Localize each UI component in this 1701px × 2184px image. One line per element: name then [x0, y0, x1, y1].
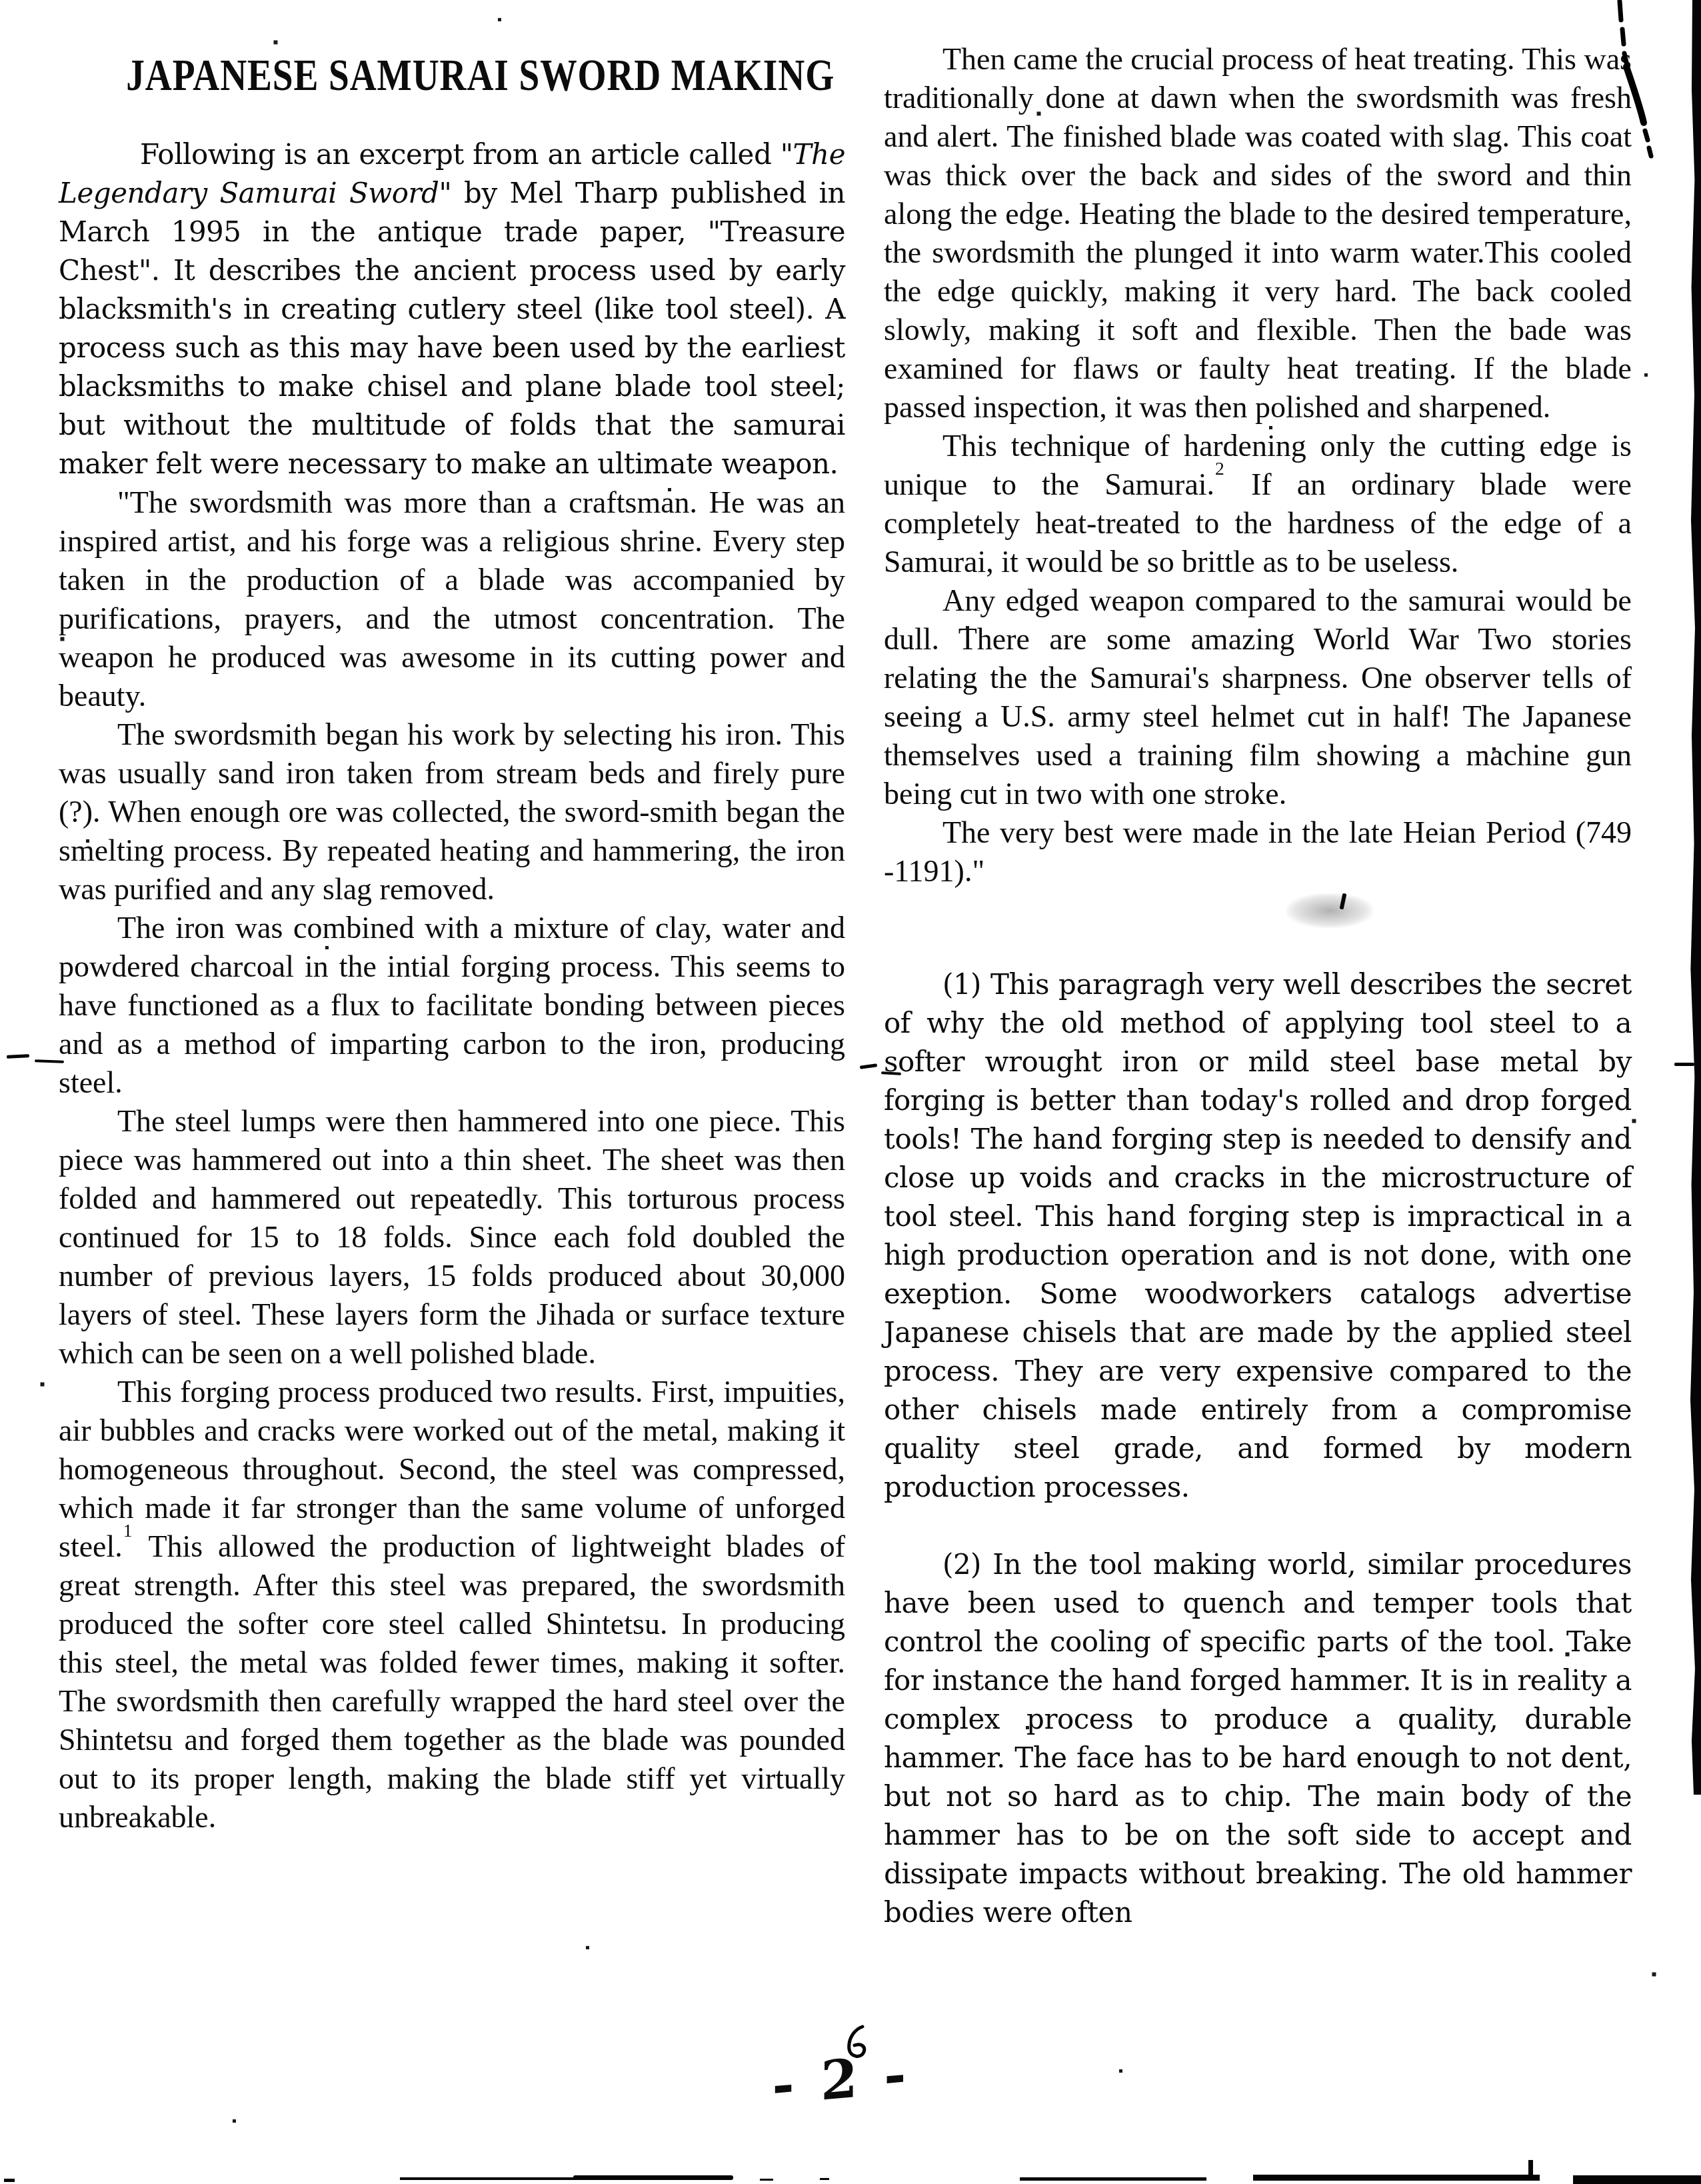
scan-bottom-artifact — [1020, 2177, 1206, 2181]
margin-dash-mark — [7, 1054, 29, 1059]
page-number-handwritten: - 2 - — [772, 2042, 910, 2117]
excerpt-paragraph-heian-period: The very best were made in the late Heia… — [884, 813, 1632, 891]
smudge-mark — [1286, 893, 1373, 928]
scan-bottom-artifact — [820, 2178, 829, 2180]
excerpt-paragraph-craftsman: "The swordsmith was more than a craftsma… — [59, 483, 845, 715]
scan-edge-bar — [1688, 0, 1701, 1795]
margin-dash-mark — [1674, 1063, 1694, 1066]
footnote-ref-2: 2 — [1215, 458, 1224, 479]
intro-paragraph: Following is an excerpt from an article … — [59, 135, 845, 483]
scan-bottom-artifact — [1573, 2175, 1701, 2184]
excerpt-paragraph-heat-treating: Then came the crucial process of heat tr… — [884, 40, 1632, 427]
scan-bottom-artifact — [1528, 2160, 1533, 2177]
excerpt-paragraph-forging-results: This forging process produced two result… — [59, 1373, 845, 1837]
excerpt-paragraph-clay-mixture: The iron was combined with a mixture of … — [59, 909, 845, 1102]
scan-bottom-artifact — [760, 2179, 773, 2181]
scan-bottom-artifact — [4, 2179, 15, 2182]
scan-bottom-artifact — [400, 2177, 600, 2180]
forging-results-text-continued: This allowed the production of lightweig… — [59, 1529, 845, 1834]
intro-text-before: Following is an excerpt from an article … — [140, 138, 793, 171]
excerpt-paragraph-hardening: This technique of hardening only the cut… — [884, 427, 1632, 581]
margin-dash-mark — [35, 1059, 64, 1063]
editor-note-1: (1) This paragragh very well describes t… — [884, 965, 1632, 1507]
scan-bottom-artifact — [573, 2175, 733, 2180]
article-title-text: JAPANESE SAMURAI SWORD MAKING — [126, 51, 835, 100]
intro-text-after: " by Mel Tharp published in March 1995 i… — [59, 177, 845, 480]
editor-note-2: (2) In the tool making world, similar pr… — [884, 1545, 1632, 1932]
left-column: JAPANESE SAMURAI SWORD MAKING Following … — [59, 52, 845, 1837]
right-column: Then came the crucial process of heat tr… — [884, 40, 1632, 1932]
margin-dash-mark — [860, 1063, 877, 1069]
scan-noise-speckles — [0, 0, 2, 2]
excerpt-paragraph-selecting-iron: The swordsmith began his work by selecti… — [59, 715, 845, 909]
footnote-ref-1: 1 — [123, 1520, 133, 1541]
pen-stroke-mark — [1605, 0, 1652, 167]
excerpt-paragraph-edged-weapon: Any edged weapon compared to the samurai… — [884, 581, 1632, 813]
article-title: JAPANESE SAMURAI SWORD MAKING — [59, 52, 845, 99]
scan-bottom-artifact — [1253, 2175, 1540, 2181]
excerpt-paragraph-steel-lumps: The steel lumps were then hammered into … — [59, 1102, 845, 1373]
handwritten-loop-mark — [843, 2023, 869, 2063]
scanned-newsletter-page: JAPANESE SAMURAI SWORD MAKING Following … — [0, 0, 1701, 2184]
